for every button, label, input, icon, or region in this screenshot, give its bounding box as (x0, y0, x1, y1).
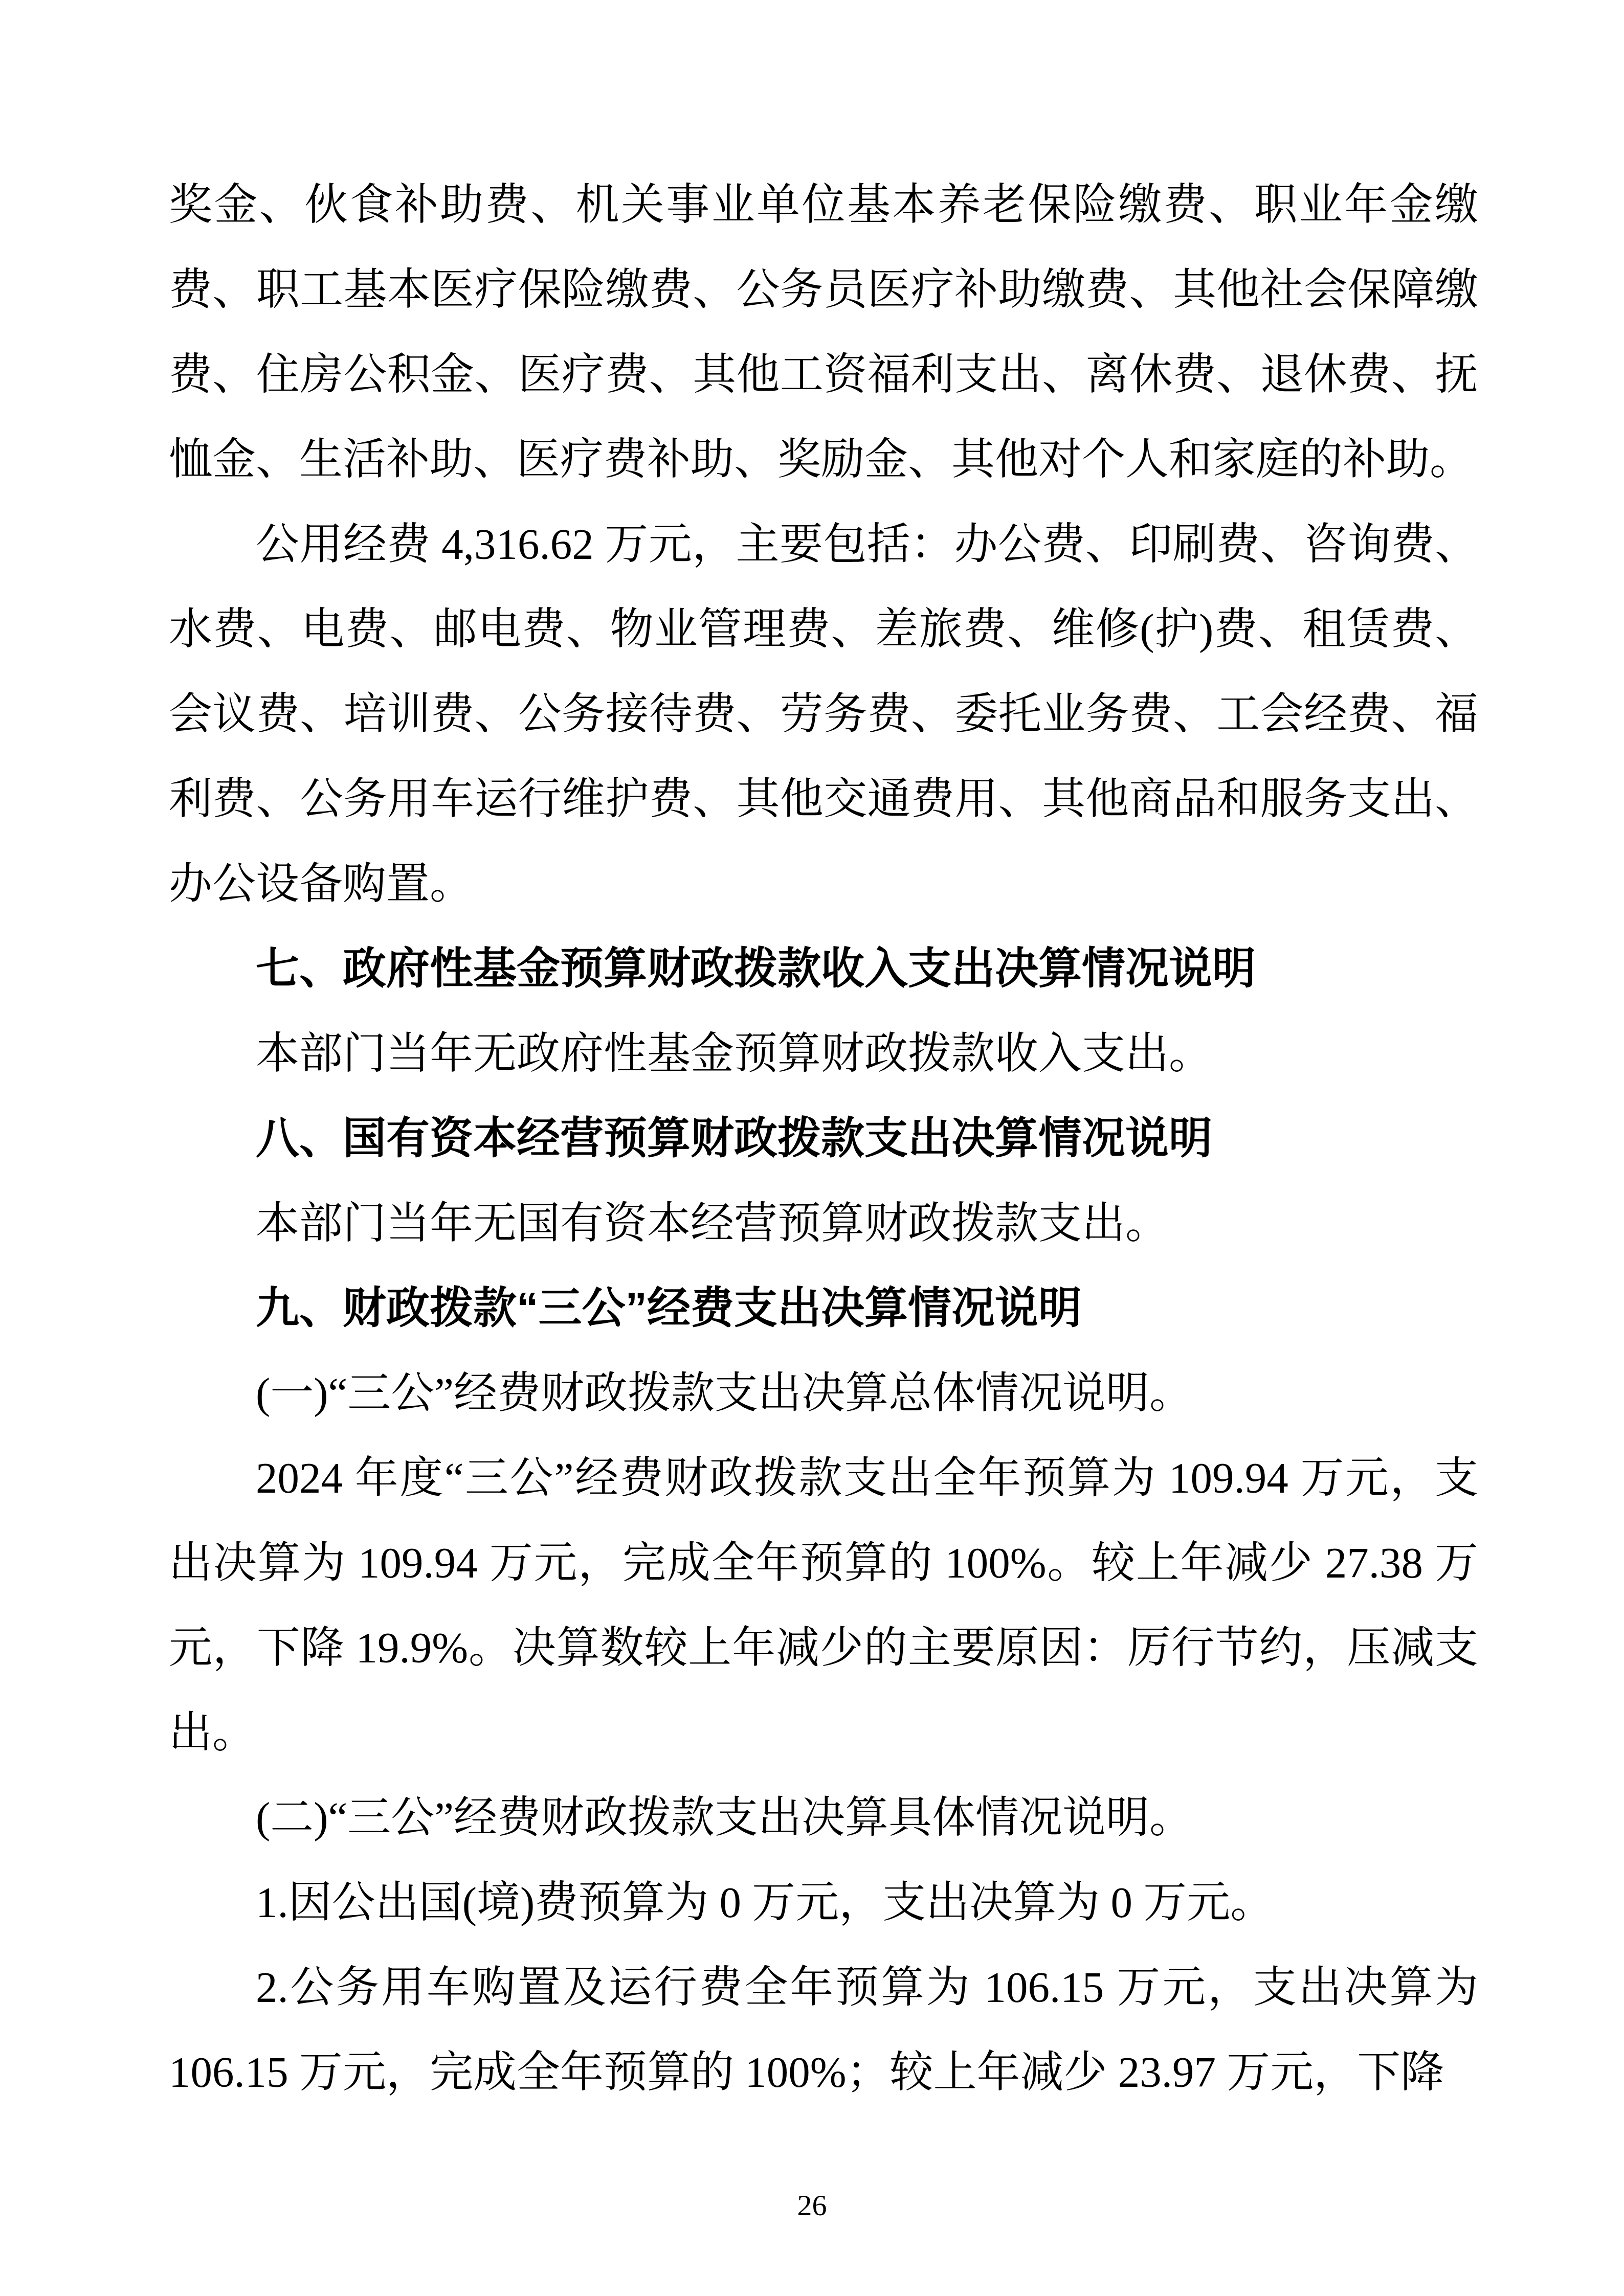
paragraph-section-eight-body: 本部门当年无国有资本经营预算财政拨款支出。 (169, 1181, 1478, 1266)
paragraph-three-public-2024-summary: 2024 年度“三公”经费财政拨款支出全年预算为 109.94 万元，支出决算为… (169, 1436, 1478, 1775)
page-number: 26 (797, 2189, 827, 2222)
paragraph-three-public-specific-title: (二)“三公”经费财政拨款支出决算具体情况说明。 (169, 1775, 1478, 1860)
paragraph-wage-benefit-items-continuation: 奖金、伙食补助费、机关事业单位基本养老保险缴费、职业年金缴费、职工基本医疗保险缴… (169, 163, 1478, 502)
paragraph-section-seven-body: 本部门当年无政府性基金预算财政拨款收入支出。 (169, 1011, 1478, 1096)
heading-section-nine: 九、财政拨款“三公”经费支出决算情况说明 (169, 1266, 1478, 1351)
paragraph-public-operating-expense: 公用经费 4,316.62 万元，主要包括：办公费、印刷费、咨询费、水费、电费、… (169, 502, 1478, 927)
document-body: 奖金、伙食补助费、机关事业单位基本养老保险缴费、职业年金缴费、职工基本医疗保险缴… (169, 163, 1478, 2115)
document-page: 奖金、伙食补助费、机关事业单位基本养老保险缴费、职业年金缴费、职工基本医疗保险缴… (0, 0, 1624, 2296)
heading-section-seven: 七、政府性基金预算财政拨款收入支出决算情况说明 (169, 927, 1478, 1011)
paragraph-three-public-overall-title: (一)“三公”经费财政拨款支出决算总体情况说明。 (169, 1351, 1478, 1436)
heading-section-eight: 八、国有资本经营预算财政拨款支出决算情况说明 (169, 1096, 1478, 1181)
page-footer: 26 (0, 2188, 1624, 2223)
paragraph-official-vehicle-expense-item: 2.公务用车购置及运行费全年预算为 106.15 万元，支出决算为 106.15… (169, 1945, 1478, 2115)
paragraph-abroad-expense-item: 1.因公出国(境)费预算为 0 万元，支出决算为 0 万元。 (169, 1860, 1478, 1945)
